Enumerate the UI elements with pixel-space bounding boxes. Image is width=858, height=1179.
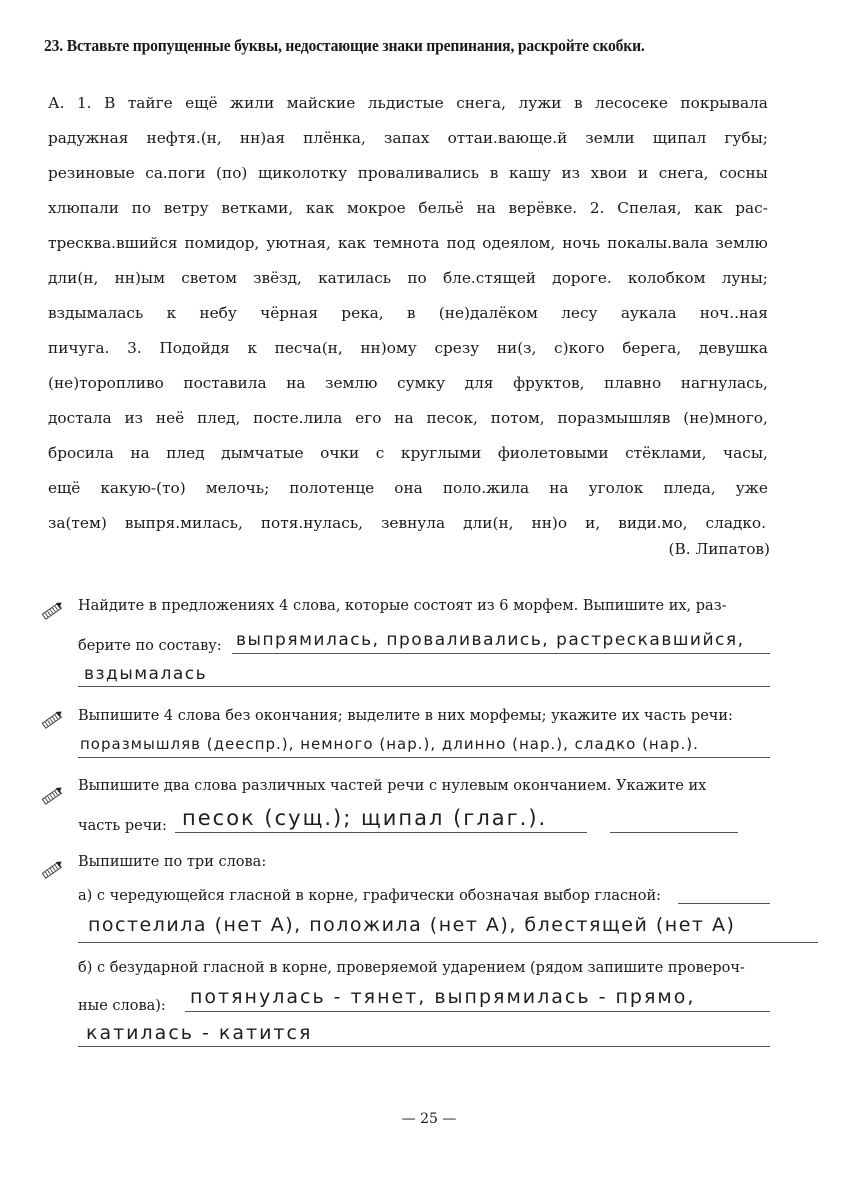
- word: тайге: [128, 94, 173, 112]
- answer-line: [78, 1046, 770, 1047]
- word: мокрое: [347, 199, 406, 217]
- text-line-5: тресква.вшийсяпомидор,уютная,кактемнотап…: [48, 234, 768, 252]
- word: А.: [48, 94, 64, 112]
- word: на: [549, 479, 568, 497]
- word: она: [394, 479, 423, 497]
- task-2-prompt: Выпишите 4 слова без окончания; выделите…: [78, 708, 733, 724]
- word: хлюпали: [48, 199, 119, 217]
- word: жили: [230, 94, 274, 112]
- word: снега,: [456, 94, 506, 112]
- word: полотенце: [289, 479, 374, 497]
- word: и,: [585, 514, 600, 532]
- word: срезу: [434, 339, 479, 357]
- task-3-answer[interactable]: песок (сущ.); щипал (глаг.).: [182, 806, 547, 830]
- word: плёнка,: [303, 129, 366, 147]
- task-1-prompt: Найдите в предложениях 4 слова, которые …: [78, 598, 727, 614]
- word: из: [561, 164, 580, 182]
- answer-line: [232, 653, 770, 654]
- word: на: [394, 409, 413, 427]
- text-line-9: (не)торопливопоставиланаземлюсумкудляфру…: [48, 374, 768, 392]
- task-4b-prompt: б) с безударной гласной в корне, проверя…: [78, 960, 745, 976]
- task-4a-prompt: а) с чередующейся гласной в корне, графи…: [78, 888, 661, 904]
- word: оттаи.вающе.й: [448, 129, 568, 147]
- word: река,: [341, 304, 383, 322]
- text-line-13: за(тем)выпря.милась,потя.нулась,зевнулад…: [48, 514, 766, 532]
- word: ветками,: [221, 199, 293, 217]
- word: в: [407, 304, 416, 322]
- word: песок,: [426, 409, 477, 427]
- word: хвои: [591, 164, 628, 182]
- word: неё: [156, 409, 184, 427]
- word: лесосеке: [595, 94, 668, 112]
- word: 3.: [127, 339, 142, 357]
- task-3-prompt: Выпишите два слова различных частей речи…: [78, 778, 706, 794]
- word: плед,: [197, 409, 240, 427]
- pencil-icon: [37, 598, 64, 621]
- exercise-title: 23. Вставьте пропущенные буквы, недостаю…: [44, 36, 645, 56]
- word: лесу: [561, 304, 597, 322]
- word: мелочь;: [206, 479, 269, 497]
- word: посте.лила: [253, 409, 342, 427]
- word: потя.нулась,: [261, 514, 363, 532]
- word: аукала: [621, 304, 677, 322]
- answer-line: [678, 903, 770, 904]
- answer-line: [610, 832, 738, 833]
- word: нагнулась,: [681, 374, 768, 392]
- word: по: [407, 269, 426, 287]
- text-line-12: ещёкакую-(то)мелочь;полотенцеонаполо.жил…: [48, 479, 768, 497]
- workbook-page: 23. Вставьте пропущенные буквы, недостаю…: [0, 0, 858, 1179]
- word: дымчатые: [221, 444, 303, 462]
- word: нн)ым: [115, 269, 165, 287]
- task-4-prompt: Выпишите по три слова:: [78, 854, 266, 870]
- word: пичуга.: [48, 339, 110, 357]
- task-1-answer-cont[interactable]: вздымалась: [84, 664, 207, 684]
- word: майские: [287, 94, 356, 112]
- word: фруктов,: [513, 374, 584, 392]
- word: дороге.: [552, 269, 612, 287]
- word: достала: [48, 409, 112, 427]
- word: сумку: [397, 374, 445, 392]
- word: круглыми: [401, 444, 481, 462]
- answer-line: [185, 1011, 770, 1012]
- word: поставила: [183, 374, 266, 392]
- text-line-11: бросиланапледдымчатыеочкискруглымифиолет…: [48, 444, 768, 462]
- word: нн)ому: [360, 339, 416, 357]
- word: резиновые: [48, 164, 135, 182]
- word: землю: [325, 374, 377, 392]
- word: сосны: [719, 164, 768, 182]
- task-4b-answer[interactable]: потянулась - тянет, выпрямилась - прямо,: [190, 986, 695, 1008]
- word: губы;: [724, 129, 768, 147]
- word: радужная: [48, 129, 128, 147]
- word: песча(н,: [275, 339, 343, 357]
- word: чёрная: [260, 304, 318, 322]
- word: дли(н,: [463, 514, 513, 532]
- word: с: [376, 444, 385, 462]
- word: поразмышляв: [557, 409, 670, 427]
- word: нн)о: [532, 514, 568, 532]
- word: ни(з,: [497, 339, 537, 357]
- word: одеялом,: [482, 234, 555, 252]
- author-attribution: (В. Липатов): [669, 540, 770, 558]
- word: очки: [320, 444, 359, 462]
- word: покалы.вала: [607, 234, 708, 252]
- word: луны;: [722, 269, 768, 287]
- word: для: [465, 374, 494, 392]
- word: льдистые: [368, 94, 444, 112]
- word: запах: [384, 129, 429, 147]
- word: как: [694, 199, 722, 217]
- word: уголок: [589, 479, 644, 497]
- word: под: [446, 234, 475, 252]
- word: кашу: [509, 164, 551, 182]
- word: часы,: [723, 444, 768, 462]
- word: какую-(то): [100, 479, 185, 497]
- word: его: [355, 409, 381, 427]
- word: потом,: [491, 409, 545, 427]
- answer-line: [78, 686, 770, 687]
- word: щиколотку: [258, 164, 347, 182]
- word: фиолетовыми: [498, 444, 609, 462]
- word: нн)ая: [240, 129, 285, 147]
- word: земли: [585, 129, 634, 147]
- word: катилась: [318, 269, 391, 287]
- task-1-prompt-cont: берите по составу:: [78, 638, 222, 654]
- task-3-prompt-cont: часть речи:: [78, 818, 167, 834]
- word: за(тем): [48, 514, 107, 532]
- word: на: [476, 199, 495, 217]
- task-4a-answer[interactable]: постелила (нет А), положила (нет А), бле…: [88, 914, 735, 936]
- word: как: [306, 199, 334, 217]
- word: как: [338, 234, 366, 252]
- word: в: [490, 164, 499, 182]
- word: из: [124, 409, 143, 427]
- word: зевнула: [381, 514, 445, 532]
- word: Подойдя: [159, 339, 229, 357]
- word: звёзд,: [253, 269, 302, 287]
- word: ещё: [48, 479, 80, 497]
- word: (по): [216, 164, 247, 182]
- word: берега,: [622, 339, 681, 357]
- text-line-1: А.1.Втайгеещёжилимайскиельдистыеснега,лу…: [48, 94, 768, 112]
- word: небу: [199, 304, 236, 322]
- word: поло.жила: [443, 479, 529, 497]
- word: верёвке.: [509, 199, 578, 217]
- word: щипал: [653, 129, 706, 147]
- text-line-7: вздымаласькнебучёрнаярека,в(не)далёкомле…: [48, 304, 768, 322]
- word: бле.стящей: [443, 269, 536, 287]
- word: рас-: [735, 199, 768, 217]
- word: нефтя.(н,: [147, 129, 222, 147]
- word: уже: [736, 479, 768, 497]
- answer-line: [78, 757, 770, 758]
- word: 1.: [77, 94, 92, 112]
- text-line-10: досталаизнеёплед,посте.лилаегонапесок,по…: [48, 409, 768, 427]
- word: В: [104, 94, 115, 112]
- pencil-icon: [37, 857, 64, 880]
- text-line-2: радужнаянефтя.(н,нн)аяплёнка,запахоттаи.…: [48, 129, 768, 147]
- word: девушка: [699, 339, 768, 357]
- answer-line: [78, 942, 818, 943]
- word: и: [638, 164, 648, 182]
- word: ночь: [562, 234, 600, 252]
- word: (не)торопливо: [48, 374, 164, 392]
- word: дли(н,: [48, 269, 98, 287]
- word: проваливались: [358, 164, 479, 182]
- word: бросила: [48, 444, 114, 462]
- word: уютная,: [266, 234, 331, 252]
- word: покрывала: [680, 94, 768, 112]
- word: лужи: [519, 94, 562, 112]
- word: пледа,: [663, 479, 715, 497]
- task-2-answer[interactable]: поразмышляв (дееспр.), немного (нар.), д…: [80, 735, 699, 753]
- word: плед: [166, 444, 204, 462]
- word: сладко.: [706, 514, 766, 532]
- word: на: [286, 374, 305, 392]
- word: ноч..ная: [700, 304, 768, 322]
- word: светом: [181, 269, 237, 287]
- task-1-answer[interactable]: выпрямилась, проваливались, растрескавши…: [236, 630, 744, 650]
- word: в: [574, 94, 583, 112]
- word: стёклами,: [625, 444, 706, 462]
- word: (не)далёком: [439, 304, 538, 322]
- task-4b-prompt-cont: ные слова):: [78, 998, 166, 1014]
- word: (не)много,: [683, 409, 768, 427]
- word: к: [167, 304, 177, 322]
- word: 2.: [590, 199, 605, 217]
- word: к: [247, 339, 257, 357]
- text-line-3: резиновыеса.поги(по)щиколоткупроваливали…: [48, 164, 768, 182]
- word: землю: [716, 234, 768, 252]
- pencil-icon: [37, 783, 64, 806]
- word: ветру: [164, 199, 209, 217]
- word: колобком: [628, 269, 706, 287]
- task-4b-answer-cont[interactable]: катилась - катится: [86, 1022, 312, 1044]
- text-line-6: дли(н,нн)ымсветомзвёзд,катиласьпобле.стя…: [48, 269, 768, 287]
- word: тресква.вшийся: [48, 234, 177, 252]
- pencil-icon: [37, 707, 64, 730]
- word: на: [130, 444, 149, 462]
- word: ещё: [185, 94, 217, 112]
- word: выпря.милась,: [125, 514, 243, 532]
- text-line-8: пичуга.3.Подойдякпесча(н,нн)омусрезуни(з…: [48, 339, 768, 357]
- word: по: [132, 199, 151, 217]
- page-number: — 25 —: [0, 1111, 858, 1127]
- word: бельё: [418, 199, 463, 217]
- word: снега,: [659, 164, 709, 182]
- answer-line: [175, 832, 587, 833]
- word: темнота: [373, 234, 439, 252]
- word: помидор,: [184, 234, 259, 252]
- word: вздымалась: [48, 304, 143, 322]
- word: са.поги: [145, 164, 205, 182]
- word: с)кого: [554, 339, 605, 357]
- text-line-4: хлюпалиповетруветками,какмокроебельёнаве…: [48, 199, 768, 217]
- word: види.мо,: [618, 514, 687, 532]
- word: Спелая,: [617, 199, 681, 217]
- word: плавно: [604, 374, 661, 392]
